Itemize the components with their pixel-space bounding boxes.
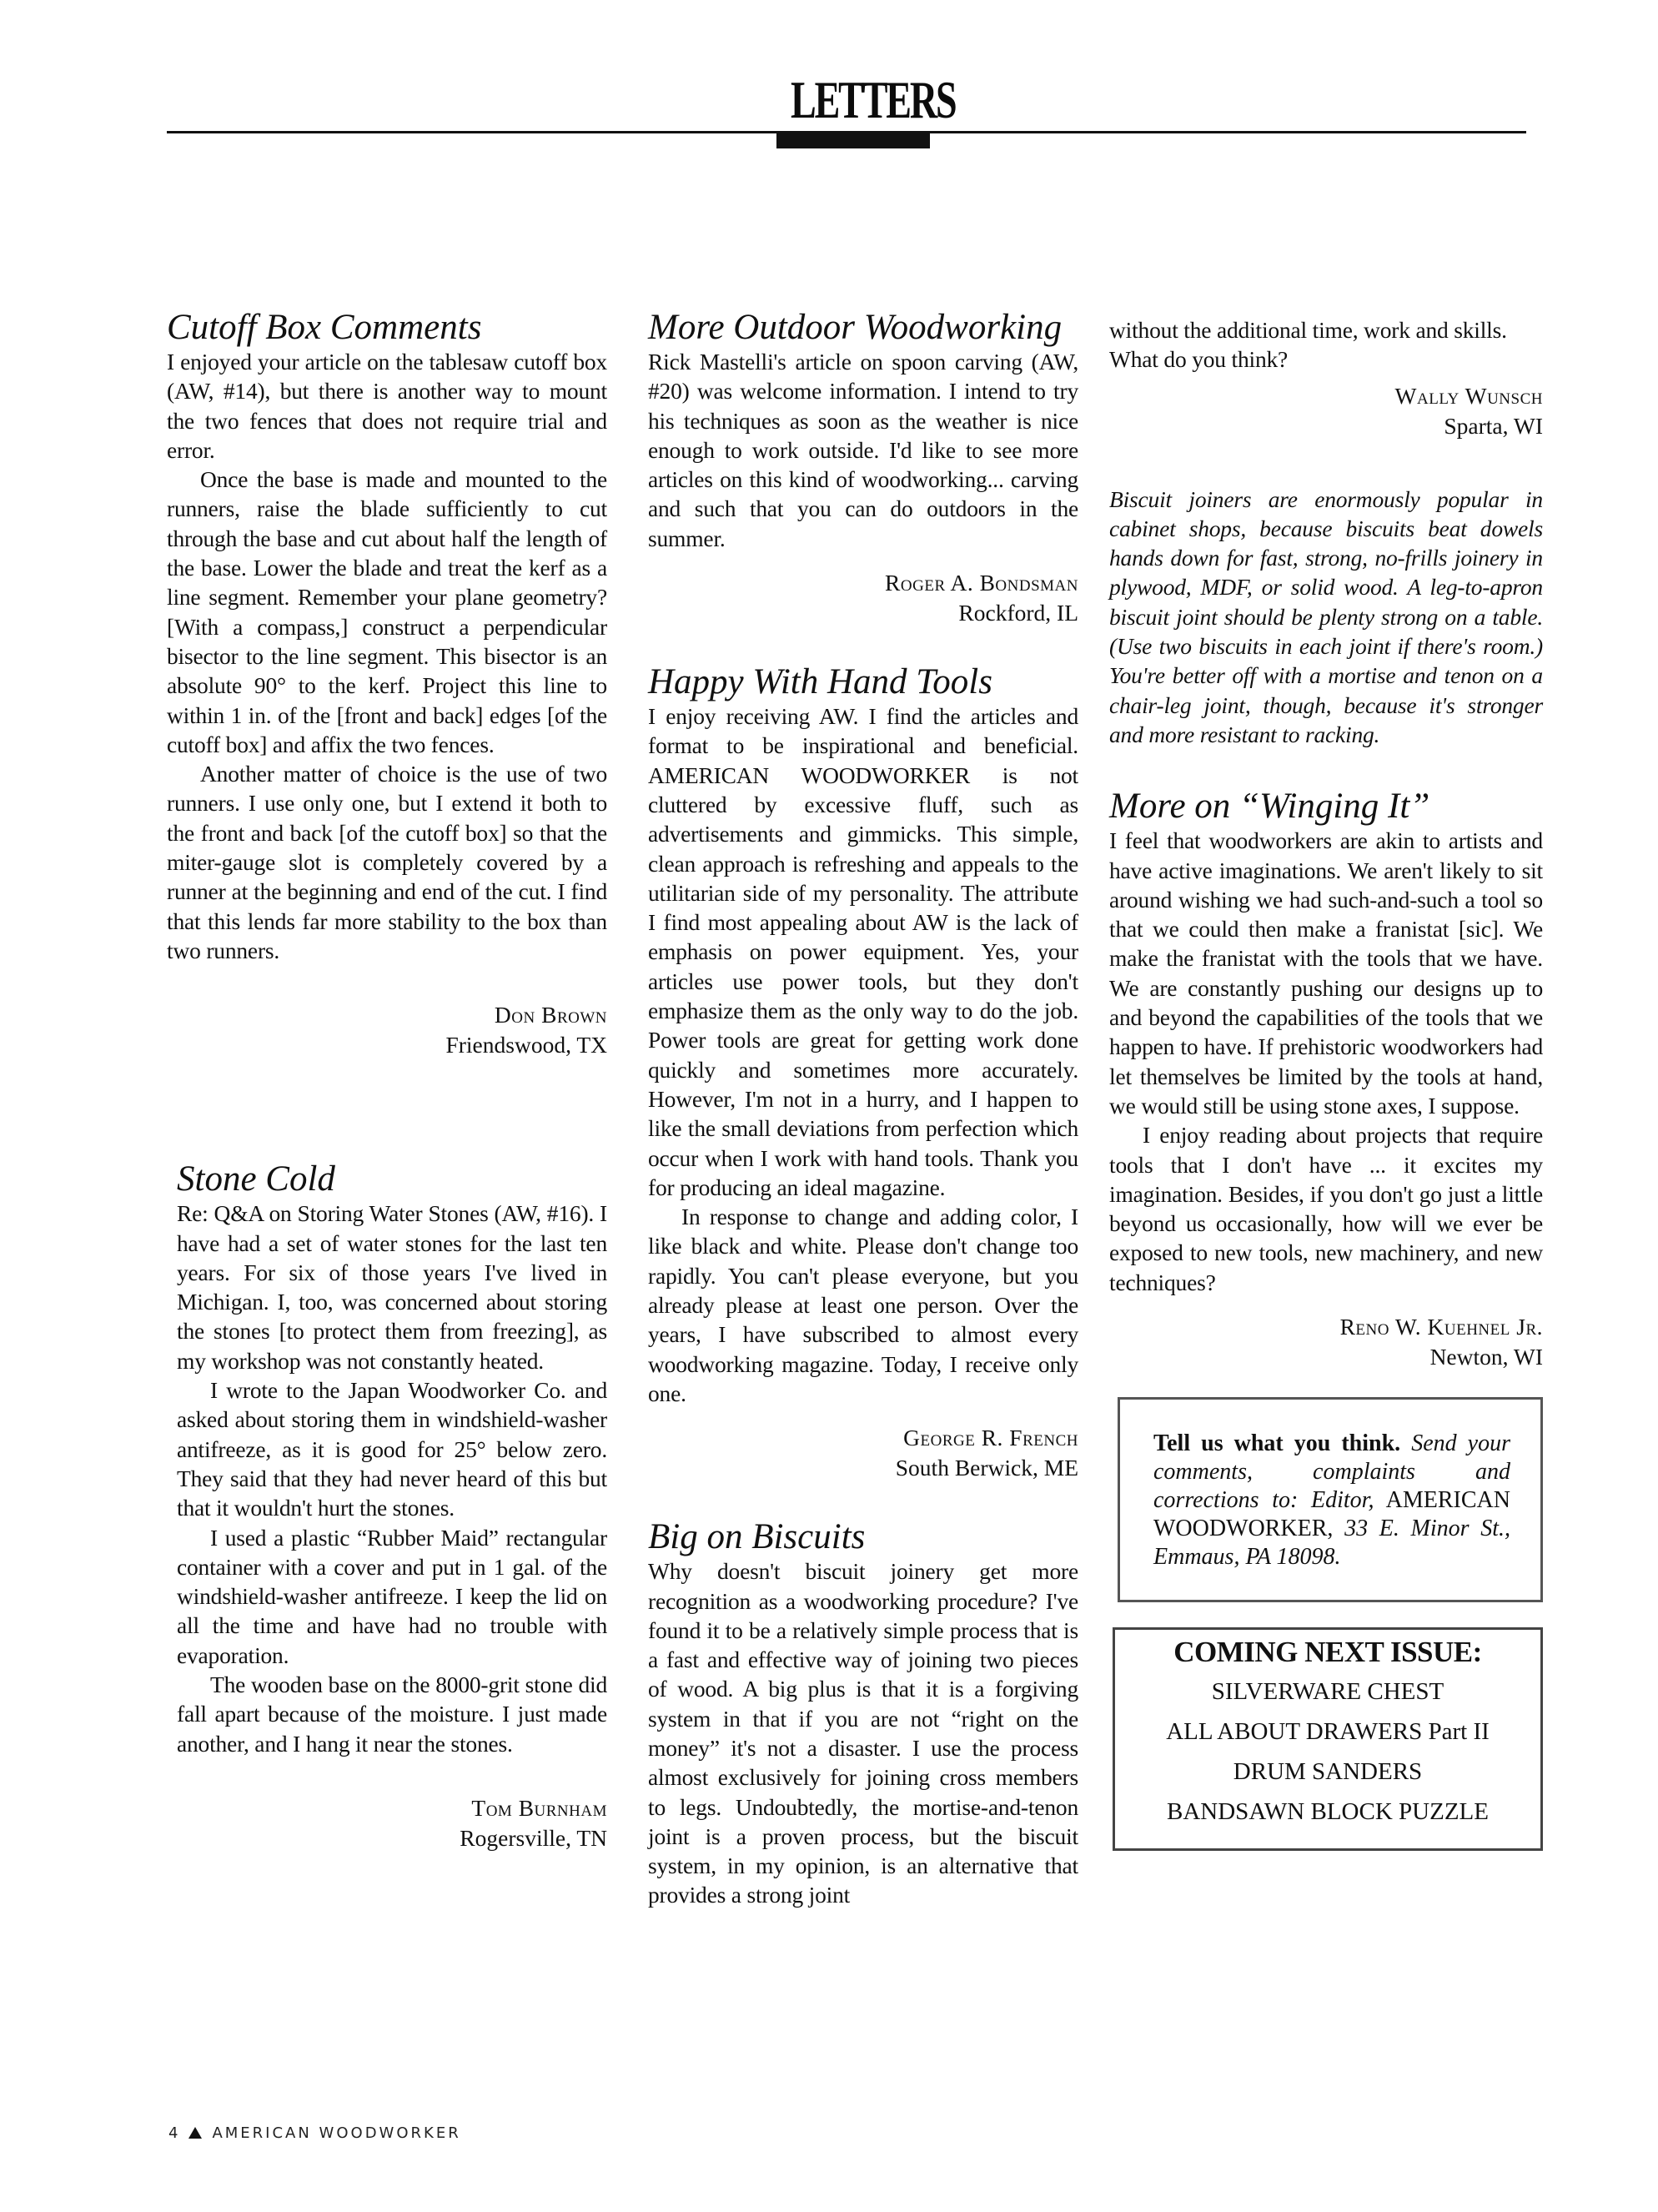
publication-name: AMERICAN WOODWORKER [212,2124,460,2142]
paragraph: I used a plastic “Rubber Maid” rectangul… [177,1523,607,1670]
author-name: Tom Burnham [177,1793,607,1823]
signature: Wally Wunsch Sparta, WI [1109,381,1543,441]
author-location: Rockford, IL [648,598,1078,628]
letter-body: I feel that woodworkers are akin to arti… [1109,826,1543,1297]
page-number: 4 [168,2124,180,2142]
letter-body: I enjoyed your article on the tablesaw c… [167,347,607,965]
paragraph: Once the base is made and mounted to the… [167,465,607,759]
header-block-accent [776,132,930,148]
letter-cutoff-box: Cutoff Box Comments I enjoyed your artic… [167,309,607,1060]
letter-heading: More Outdoor Woodworking [648,309,1078,347]
letter-heading: More on “Winging It” [1109,787,1543,826]
letter-outdoor-woodworking: More Outdoor Woodworking Rick Mastelli's… [648,309,1078,628]
letter-hand-tools: Happy With Hand Tools I enjoy receiving … [648,663,1078,1483]
paragraph: without the additional time, work and sk… [1109,315,1543,375]
author-name: Wally Wunsch [1109,381,1543,411]
paragraph: Biscuit joiners are enormously popular i… [1109,485,1543,750]
paragraph: Rick Mastelli's article on spoon carving… [648,347,1078,553]
triangle-icon [188,2127,202,2139]
letter-body: Rick Mastelli's article on spoon carving… [648,347,1078,553]
paragraph: The wooden base on the 8000-grit stone d… [177,1670,607,1758]
paragraph: I enjoy reading about projects that requ… [1109,1120,1543,1297]
column-3: without the additional time, work and sk… [1109,315,1543,1851]
paragraph: I feel that woodworkers are akin to arti… [1109,826,1543,1120]
letter-heading: Stone Cold [177,1160,607,1199]
letter-body: Re: Q&A on Storing Water Stones (AW, #16… [177,1199,607,1758]
next-issue-title: COMING NEXT ISSUE: [1123,1633,1532,1672]
author-name: Reno W. Kuehnel Jr. [1109,1312,1543,1342]
contact-box: Tell us what you think. Send your commen… [1118,1397,1543,1602]
masthead: LETTERS [0,0,1658,167]
author-location: South Berwick, ME [648,1453,1078,1483]
signature: Roger A. Bondsman Rockford, IL [648,568,1078,628]
column-2: More Outdoor Woodworking Rick Mastelli's… [648,309,1078,1910]
paragraph: I wrote to the Japan Woodworker Co. and … [177,1375,607,1522]
letter-winging-it: More on “Winging It” I feel that woodwor… [1109,787,1543,1372]
paragraph: I enjoy receiving AW. I find the article… [648,701,1078,1202]
author-location: Friendswood, TX [167,1030,607,1060]
letter-biscuits: Big on Biscuits Why doesn't biscuit join… [648,1518,1078,1910]
next-issue-item: SILVERWARE CHEST [1123,1672,1532,1712]
next-issue-item: ALL ABOUT DRAWERS Part II [1123,1712,1532,1752]
author-name: Roger A. Bondsman [648,568,1078,598]
letter-heading: Happy With Hand Tools [648,663,1078,701]
page-footer: 4AMERICAN WOODWORKER [168,2124,461,2142]
author-location: Newton, WI [1109,1342,1543,1372]
author-name: George R. French [648,1423,1078,1453]
author-name: Don Brown [167,1000,607,1030]
coming-next-issue-box: COMING NEXT ISSUE: SILVERWARE CHEST ALL … [1113,1627,1543,1851]
author-location: Rogersville, TN [177,1823,607,1853]
column-1: Cutoff Box Comments I enjoyed your artic… [167,309,607,1853]
next-issue-item: DRUM SANDERS [1123,1752,1532,1792]
contact-lead: Tell us what you think. [1153,1430,1400,1456]
signature: George R. French South Berwick, ME [648,1423,1078,1483]
next-issue-item: BANDSAWN BLOCK PUZZLE [1123,1792,1532,1832]
paragraph: In response to change and adding color, … [648,1202,1078,1408]
letter-heading: Cutoff Box Comments [167,309,607,347]
paragraph: Why doesn't biscuit joinery get more rec… [648,1556,1078,1910]
signature: Reno W. Kuehnel Jr. Newton, WI [1109,1312,1543,1372]
letter-body: Why doesn't biscuit joinery get more rec… [648,1556,1078,1910]
paragraph: I enjoyed your article on the tablesaw c… [167,347,607,465]
letter-heading: Big on Biscuits [648,1518,1078,1556]
author-location: Sparta, WI [1109,411,1543,441]
section-title: LETTERS [791,73,911,127]
paragraph: Another matter of choice is the use of t… [167,759,607,965]
paragraph: Re: Q&A on Storing Water Stones (AW, #16… [177,1199,607,1375]
letter-biscuits-continued: without the additional time, work and sk… [1109,315,1543,375]
letter-stone-cold: Stone Cold Re: Q&A on Storing Water Ston… [167,1160,607,1853]
signature: Don Brown Friendswood, TX [167,1000,607,1060]
letter-body: I enjoy receiving AW. I find the article… [648,701,1078,1408]
editor-reply: Biscuit joiners are enormously popular i… [1109,485,1543,750]
signature: Tom Burnham Rogersville, TN [177,1793,607,1853]
